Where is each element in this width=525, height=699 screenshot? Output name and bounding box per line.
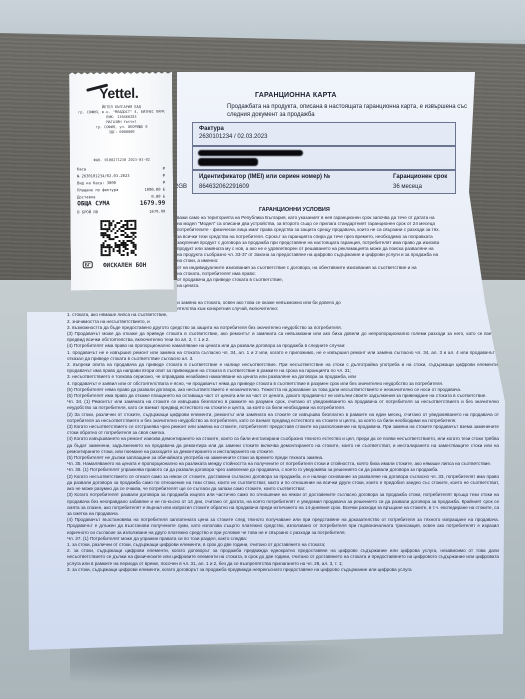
terms-line: потребителите - физически лица имат прав… <box>177 227 477 233</box>
imei-value: 864632062291609 <box>199 184 249 190</box>
receipt-row-value: 0.00 Б <box>151 194 165 199</box>
terms-paragraph: (3) Когато несъответствието се отстраняв… <box>67 424 499 436</box>
receipt-payment-label: В БРОЙ ЛВ <box>77 209 98 214</box>
invoice-value: 2630101234 / 02.03.2023 <box>199 134 267 140</box>
qr-code <box>100 220 136 256</box>
terms-paragraph: (4) Продавачът възстановява на потребите… <box>67 517 499 536</box>
warranty-card-subtitle: Продажбата на продукта, описана в настоя… <box>227 103 467 119</box>
terms-line: за всички тези средства на потребителя. … <box>177 234 477 240</box>
receipt-payment-row: В БРОЙ ЛВ1679.99 <box>77 209 165 215</box>
terms-paragraph: 1. продавачът не е извършил ремонт или з… <box>67 350 499 362</box>
invoice-box: Фактура 2630101234 / 02.03.2023 <box>192 122 456 146</box>
terms-line: на цената. <box>177 283 477 289</box>
warranty-period-value: 36 месеца <box>393 184 422 190</box>
receipt-row-label: Доставка <box>77 194 95 199</box>
receipt-row-label: Вид на Каса: 3000 <box>77 180 116 185</box>
warranty-card-title: ГАРАНЦИОННА КАРТА <box>255 92 337 99</box>
receipt-payment-value: 1679.99 <box>149 209 165 214</box>
identifier-label: Идентификатор (IMEI) или сериен номер) № <box>199 174 330 180</box>
receipt-row-label: Каса <box>77 166 86 171</box>
terms-title: ГАРАНЦИОННИ УСЛОВИЯ <box>259 207 330 213</box>
receipt-ref-line: ФАК. 0100271230 2023-03-02 <box>78 158 166 163</box>
terms-paragraph: 4. продавачът е заявил или от обстоятелс… <box>67 381 499 387</box>
terms-paragraph: (2) Когато несъответствието се отнася са… <box>67 474 499 493</box>
receipt-row-label: Плащане по фактура <box>77 187 118 192</box>
terms-paragraph: 2. въпреки опита на продавача да приведе… <box>67 362 499 374</box>
receipt-row: Доставка0.00 Б <box>77 194 165 200</box>
invoice-label: Фактура <box>199 126 224 132</box>
receipt-row-label: № 2630101234/02.03.2023 <box>77 173 130 178</box>
receipt-row-value: # <box>163 180 165 185</box>
fiscal-receipt-label: ФИСКАЛЕН БОН <box>85 262 165 270</box>
receipt-row: Вид на Каса: 3000# <box>77 180 165 186</box>
receipt-row-value: # <box>163 173 165 178</box>
paper-shadow <box>70 645 370 685</box>
identifier-box: Идентификатор (IMEI) или сериен номер) №… <box>192 170 456 194</box>
terms-line: на продукта съобразно чл. 33-37 от Закон… <box>177 252 477 258</box>
terms-paragraph: (2) За стоки, различни от стоките, съдър… <box>67 412 499 424</box>
terms-paragraph: (3) Когато потребителят развали договора… <box>67 492 499 517</box>
terms-paragraph: Чл. 34. (1) Ремонтът или замяната на сто… <box>67 399 499 411</box>
receipt-row: № 2630101234/02.03.2023# <box>77 173 165 179</box>
terms-paragraph: (4) Когато извършването на ремонт изискв… <box>67 436 499 455</box>
warranty-period-label: Гаранционен срок <box>393 174 447 180</box>
terms-body: (2) Потребителят може да избере между ре… <box>67 300 499 573</box>
customer-box <box>192 146 456 170</box>
redaction-bar <box>198 158 258 166</box>
yettel-logo: Yettel. <box>99 85 138 101</box>
receipt-row: Плащане по фактура1000.00 Б <box>77 187 165 193</box>
receipt-total-value: 1679.99 <box>140 200 165 207</box>
receipt-total-row: ОБЩА СУМА1679.99 <box>77 200 165 208</box>
receipt-row-value: # <box>163 166 165 171</box>
receipt-total-label: ОБЩА СУМА <box>77 200 110 207</box>
receipt-header-line: ЗДС: 0000000 <box>78 130 166 135</box>
terms-intro: важи само на територията на Република Бъ… <box>177 215 477 289</box>
receipt-row: Каса# <box>77 166 165 172</box>
redaction-bar <box>198 150 303 156</box>
terms-paragraph: 2. за стоки, съдържащи цифрови елементи,… <box>67 548 499 567</box>
yettel-receipt: Yettel. ЙЕТЕЛ БЪЛГАРИЯ ЕАД гр. СОФИЯ, ж.… <box>69 72 174 291</box>
terms-paragraph: 3. за стоки, съдържащи цифрови елементи,… <box>67 567 499 573</box>
terms-paragraph: (3) Продавачът може да откаже да приведе… <box>67 331 499 343</box>
receipt-row-value: 1000.00 Б <box>144 187 165 192</box>
terms-paragraph: Чл. 36. (1) Потребителят упражнява право… <box>67 467 499 473</box>
